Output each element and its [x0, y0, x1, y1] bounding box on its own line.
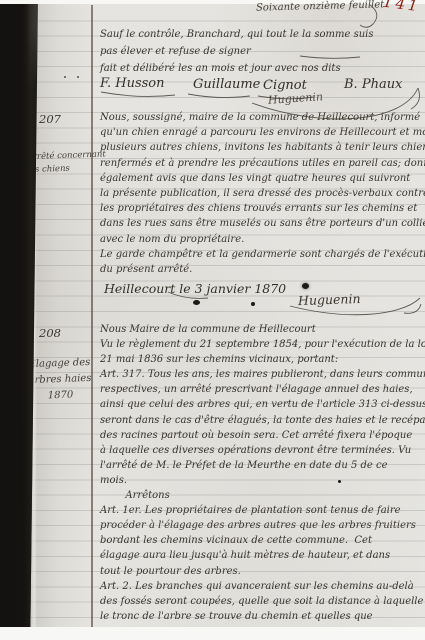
entry-208-body: Nous Maire de la commune de HeillecourtV… [100, 322, 422, 624]
ink-dot [64, 76, 66, 78]
signature-phaux: B. Phaux [344, 77, 402, 92]
handwritten-line: des fossés seront coupées, quelle que so… [100, 594, 422, 609]
handwritten-line: Art. 317. Tous les ans, les maires publi… [100, 367, 422, 382]
entry-207-signature: Huguenin [298, 291, 361, 308]
margin-rule [91, 5, 93, 627]
margin-note-line: les chiens [27, 162, 95, 177]
handwritten-line: fait et délibéré les an mois et jour ave… [100, 60, 422, 77]
handwritten-line: avec le nom du propriétaire. [100, 232, 422, 247]
handwritten-line: 21 mai 1836 sur les chemins vicinaux, po… [100, 352, 422, 367]
handwritten-line: bordant les chemins vicinaux de cette co… [100, 533, 422, 548]
handwritten-line: également avis que dans les vingt quatre… [100, 171, 422, 186]
handwritten-line: des racines partout où besoin sera. Cet … [100, 428, 422, 443]
scan-edge-bottom [0, 627, 425, 640]
previous-entry-closing: Sauf le contrôle, Branchard, qui tout le… [100, 26, 422, 77]
ink-dot [77, 76, 79, 78]
ink-blot [193, 300, 200, 305]
handwritten-line: Art. 1er. Les propriétaires de plantatio… [100, 503, 422, 518]
handwritten-line: tout le pourtour des arbres. [100, 564, 422, 579]
handwritten-line: du présent arrêté. [100, 262, 422, 277]
handwritten-line: la présente publication, il sera dressé … [100, 186, 422, 201]
ink-blot [251, 302, 255, 306]
handwritten-line: Vu le règlement du 21 septembre 1854, po… [100, 337, 422, 352]
handwritten-line: à laquelle ces diverses opérations devro… [100, 443, 422, 458]
handwritten-line: qu'un chien enragé a parcouru les enviro… [100, 125, 422, 140]
handwritten-line: Le garde champêtre et la gendarmerie son… [100, 247, 422, 262]
handwritten-line: pas élever et refuse de signer [100, 43, 422, 60]
handwritten-line: Art. 2. Les branches qui avanceraient su… [100, 579, 422, 594]
handwritten-line: respectives, un arrêté prescrivant l'éla… [100, 382, 422, 397]
handwritten-line: mois. [100, 473, 422, 488]
entry-207-number: 207 [39, 112, 61, 126]
register-page: Soixante onzième feuillet 141 Sauf le co… [0, 0, 425, 640]
handwritten-line: Arrêtons [100, 488, 422, 503]
handwritten-line: procéder à l'élagage des arbres autres q… [100, 518, 422, 533]
signature-husson: F. Husson [100, 76, 165, 91]
handwritten-line: élagage aura lieu jusqu'à huit mètres de… [100, 548, 422, 563]
handwritten-line: renfermés et à prendre les précautions u… [100, 156, 422, 171]
handwritten-line: Nous, soussigné, maire de la commune de … [100, 110, 422, 125]
ink-blot [338, 480, 341, 483]
handwritten-line: Sauf le contrôle, Branchard, qui tout le… [100, 26, 422, 43]
handwritten-line: les propriétaires des chiens trouvés err… [100, 201, 422, 216]
entry-207-body: Nous, soussigné, maire de la commune de … [100, 110, 422, 277]
handwritten-line: dans les rues sans être muselés ou sans … [100, 216, 422, 231]
handwritten-line: seront dans le cas d'être élagués, la to… [100, 413, 422, 428]
ink-blot [302, 283, 309, 289]
handwritten-line: ainsi que celui des arbres qui, en vertu… [100, 397, 422, 412]
handwritten-line: le tronc de l'arbre se trouve du chemin … [100, 609, 422, 624]
entry-208-number: 208 [39, 326, 61, 340]
entry-207-dateline: Heillecourt le 3 janvier 1870 [104, 281, 286, 296]
handwritten-line: Nous Maire de la commune de Heillecourt [100, 322, 422, 337]
handwritten-line: plusieurs autres chiens, invitons les ha… [100, 140, 422, 155]
signature-guillaume: Guillaume [193, 77, 260, 92]
handwritten-line: l'arrêté de M. le Préfet de la Meurthe e… [100, 458, 422, 473]
